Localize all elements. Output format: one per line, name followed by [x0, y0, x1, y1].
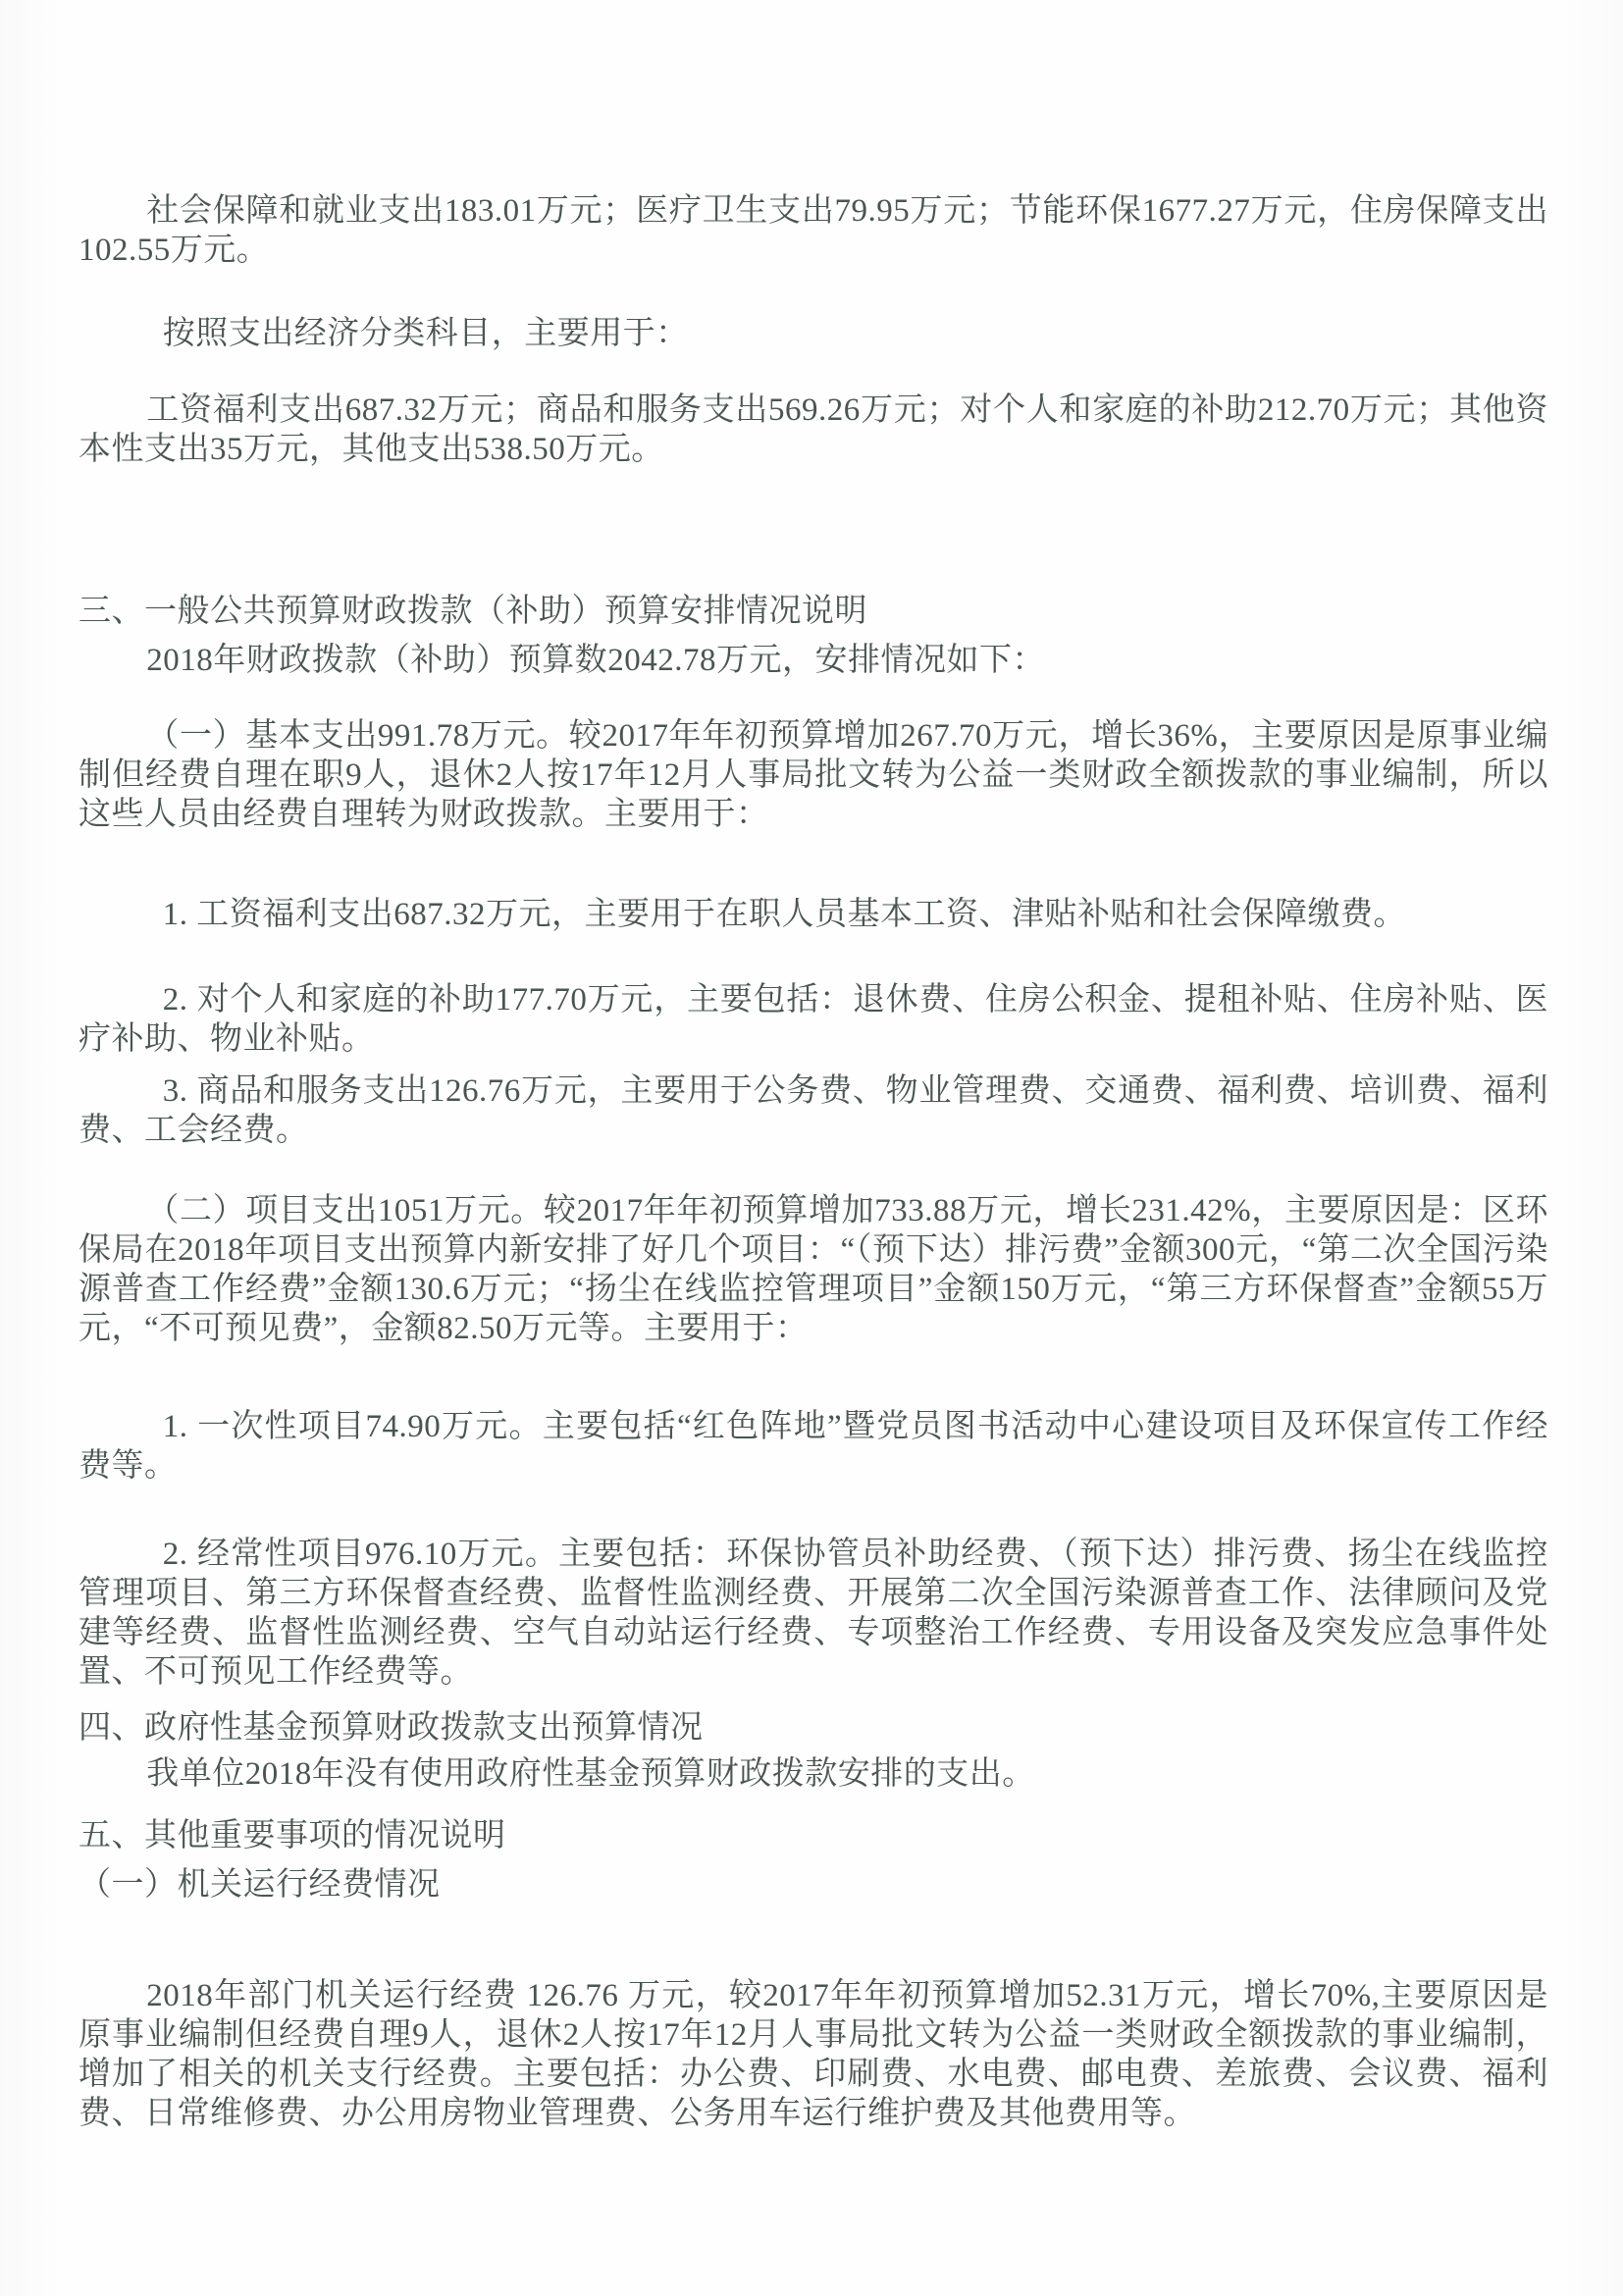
list-item-goods-services: 3. 商品和服务支出126.76万元，主要用于公务费、物业管理费、交通费、福利费…	[79, 1071, 1548, 1150]
heading-section-five-other-items: 五、其他重要事项的情况说明	[79, 1816, 1548, 1855]
list-item-one-time-projects: 1. 一次性项目74.90万元。主要包括“红色阵地”暨党员图书活动中心建设项目及…	[79, 1407, 1548, 1486]
heading-agency-operating-funds: （一）机关运行经费情况	[79, 1865, 1548, 1905]
paragraph-economic-classification-amounts: 工资福利支出687.32万元；商品和服务支出569.26万元；对个人和家庭的补助…	[79, 391, 1548, 469]
paragraph-basic-expenditure: （一）基本支出991.78万元。较2017年年初预算增加267.70万元，增长3…	[79, 716, 1548, 834]
list-item-recurring-projects: 2. 经常性项目976.10万元。主要包括：环保协管员补助经费、（预下达）排污费…	[79, 1535, 1548, 1692]
heading-section-four-gov-fund: 四、政府性基金预算财政拨款支出预算情况	[79, 1708, 1548, 1748]
document-page: 社会保障和就业支出183.01万元；医疗卫生支出79.95万元；节能环保1677…	[0, 0, 1623, 2296]
paragraph-gov-fund-statement: 我单位2018年没有使用政府性基金预算财政拨款安排的支出。	[79, 1754, 1548, 1794]
paragraph-project-expenditure: （二）项目支出1051万元。较2017年年初预算增加733.88万元，增长231…	[79, 1191, 1548, 1348]
paragraph-2018-appropriation-total: 2018年财政拨款（补助）预算数2042.78万元，安排情况如下：	[79, 641, 1548, 680]
list-item-wages-benefits: 1. 工资福利支出687.32万元，主要用于在职人员基本工资、津贴补贴和社会保障…	[79, 895, 1548, 934]
paragraph-agency-operating-funds-detail: 2018年部门机关运行经费 126.76 万元，较2017年年初预算增加52.3…	[79, 1976, 1548, 2133]
paragraph-economic-classification-intro: 按照支出经济分类科目，主要用于：	[79, 314, 1548, 353]
paragraph-social-security-expenditure: 社会保障和就业支出183.01万元；医疗卫生支出79.95万元；节能环保1677…	[79, 191, 1548, 270]
heading-section-three-general-budget: 三、一般公共预算财政拨款（补助）预算安排情况说明	[79, 592, 1548, 631]
list-item-individual-family-subsidies: 2. 对个人和家庭的补助177.70万元，主要包括：退休费、住房公积金、提租补贴…	[79, 980, 1548, 1059]
